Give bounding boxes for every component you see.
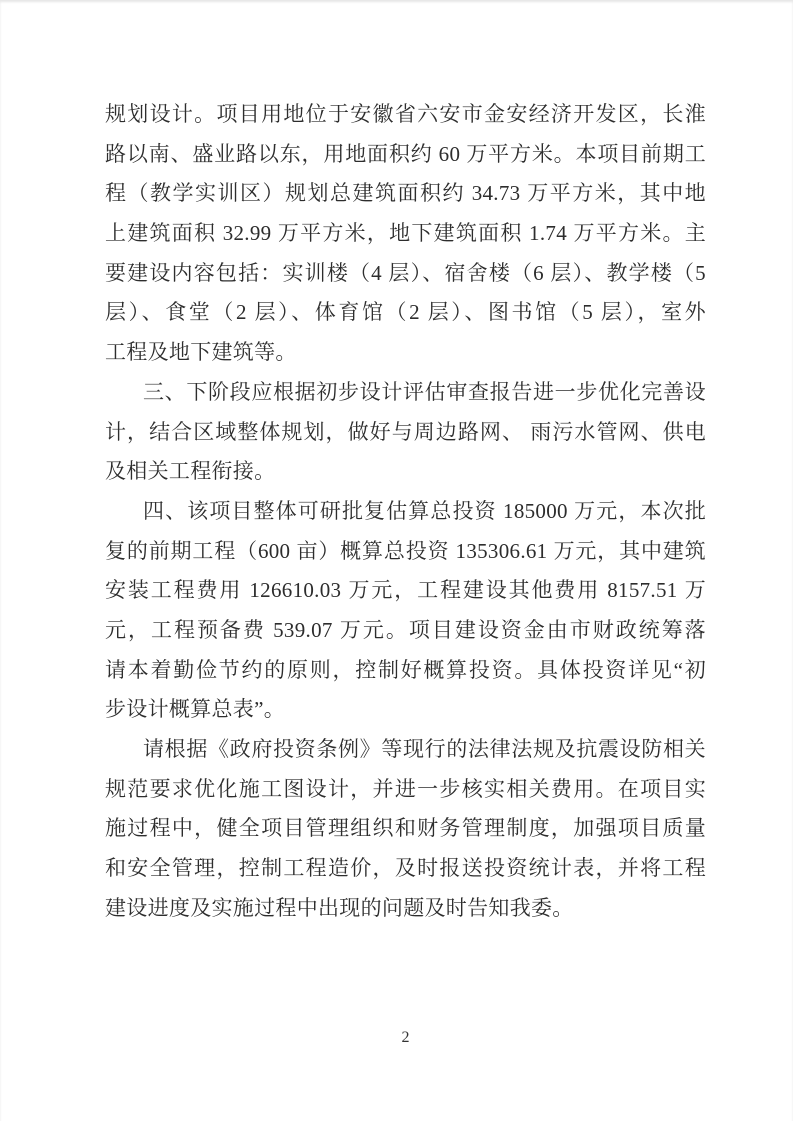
- text-line: 路以南、盛业路以东，用地面积约 60 万平方米。本项目前期工: [105, 135, 706, 175]
- document-body: 规划设计。项目用地位于安徽省六安市金安经济开发区，长淮 路以南、盛业路以东，用地…: [105, 95, 706, 928]
- text-line: 安装工程费用 126610.03 万元，工程建设其他费用 8157.51 万: [105, 571, 706, 611]
- text-line: 三、下阶段应根据初步设计评估审查报告进一步优化完善设: [105, 373, 706, 413]
- text-line: 元，工程预备费 539.07 万元。项目建设资金由市财政统筹落实。: [105, 611, 706, 651]
- text-line: 四、该项目整体可研批复估算总投资 185000 万元，本次批: [105, 492, 706, 532]
- text-line: 规划设计。项目用地位于安徽省六安市金安经济开发区，长淮: [105, 95, 706, 135]
- text-line: 和安全管理，控制工程造价，及时报送投资统计表，并将工程: [105, 849, 706, 889]
- text-line: 请本着勤俭节约的原则，控制好概算投资。具体投资详见“初: [105, 651, 706, 691]
- text-line: 要建设内容包括：实训楼（4 层）、宿舍楼（6 层）、教学楼（5: [105, 254, 706, 294]
- text-line: 复的前期工程（600 亩）概算总投资 135306.61 万元，其中建筑: [105, 532, 706, 572]
- text-line: 建设进度及实施过程中出现的问题及时告知我委。: [105, 889, 706, 929]
- text-line: 及相关工程衔接。: [105, 452, 706, 492]
- text-line: 上建筑面积 32.99 万平方米，地下建筑面积 1.74 万平方米。主: [105, 214, 706, 254]
- text-line: 程（教学实训区）规划总建筑面积约 34.73 万平方米，其中地: [105, 174, 706, 214]
- text-line: 层）、食堂（2 层）、体育馆（2 层）、图书馆（5 层），室外: [105, 293, 706, 333]
- text-line: 工程及地下建筑等。: [105, 333, 706, 373]
- text-line: 计，结合区域整体规划，做好与周边路网、 雨污水管网、供电: [105, 413, 706, 453]
- text-line: 步设计概算总表”。: [105, 690, 706, 730]
- document-page: 规划设计。项目用地位于安徽省六安市金安经济开发区，长淮 路以南、盛业路以东，用地…: [0, 0, 793, 1121]
- page-number: 2: [105, 1026, 706, 1050]
- text-line: 施过程中，健全项目管理组织和财务管理制度，加强项目质量: [105, 809, 706, 849]
- text-line: 规范要求优化施工图设计，并进一步核实相关费用。在项目实: [105, 770, 706, 810]
- text-line: 请根据《政府投资条例》等现行的法律法规及抗震设防相关: [105, 730, 706, 770]
